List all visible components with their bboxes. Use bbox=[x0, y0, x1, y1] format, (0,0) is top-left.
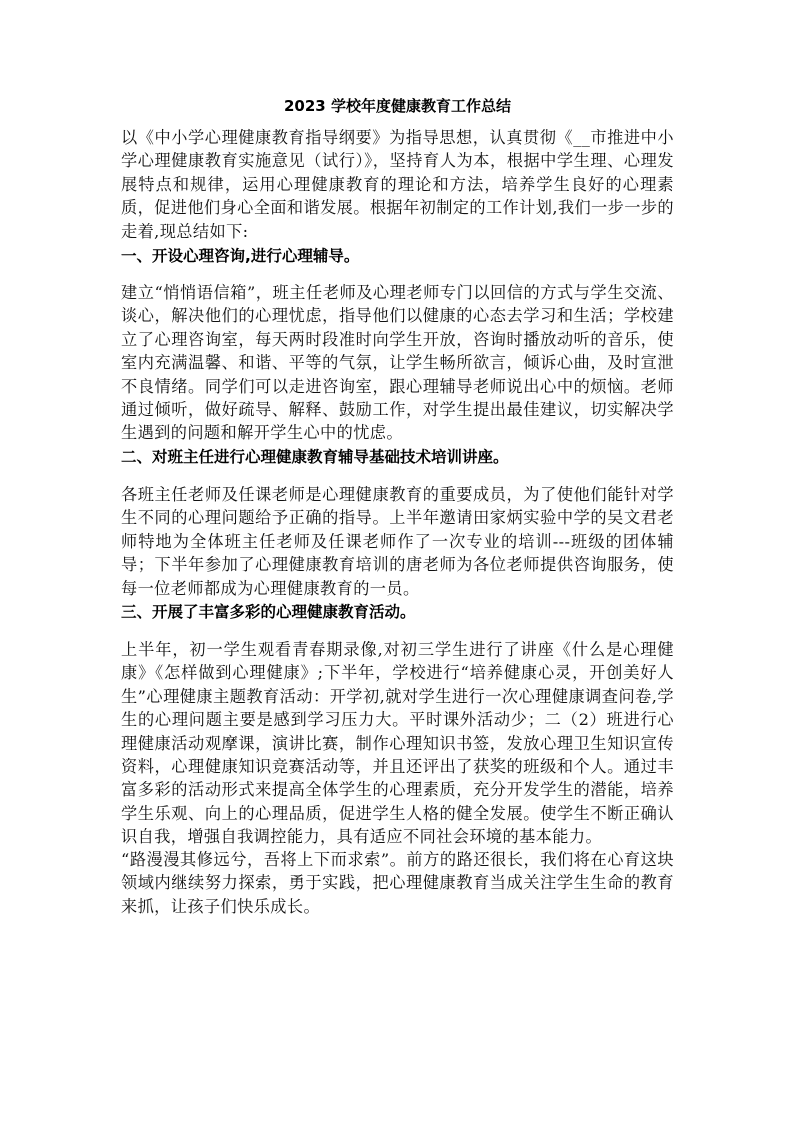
section-2-heading: 二、对班主任进行心理健康教育辅导基础技术培训讲座。 bbox=[121, 447, 674, 467]
document-title: 2023 学校年度健康教育工作总结 bbox=[121, 96, 674, 116]
closing-paragraph: “路漫漫其修远兮，吾将上下而求索”。前方的路还很长，我们将在心育这块领域内继续努… bbox=[121, 848, 674, 918]
section-3-body: 上半年，初一学生观看青春期录像,对初三学生进行了讲座《什么是心理健康》《怎样做到… bbox=[121, 638, 674, 849]
section-1-heading: 一、开设心理咨询,进行心理辅导。 bbox=[121, 246, 674, 266]
section-1-body: 建立“悄悄语信箱”，班主任老师及心理老师专门以回信的方式与学生交流、谈心，解决他… bbox=[121, 281, 674, 445]
intro-paragraph: 以《中小学心理健康教育指导纲要》为指导思想，认真贯彻《__市推进中小学心理健康教… bbox=[121, 126, 674, 243]
section-2-body: 各班主任老师及任课老师是心理健康教育的重要成员，为了使他们能针对学生不同的心理问… bbox=[121, 483, 674, 600]
section-3-heading: 三、开展了丰富多彩的心理健康教育活动。 bbox=[121, 602, 674, 622]
